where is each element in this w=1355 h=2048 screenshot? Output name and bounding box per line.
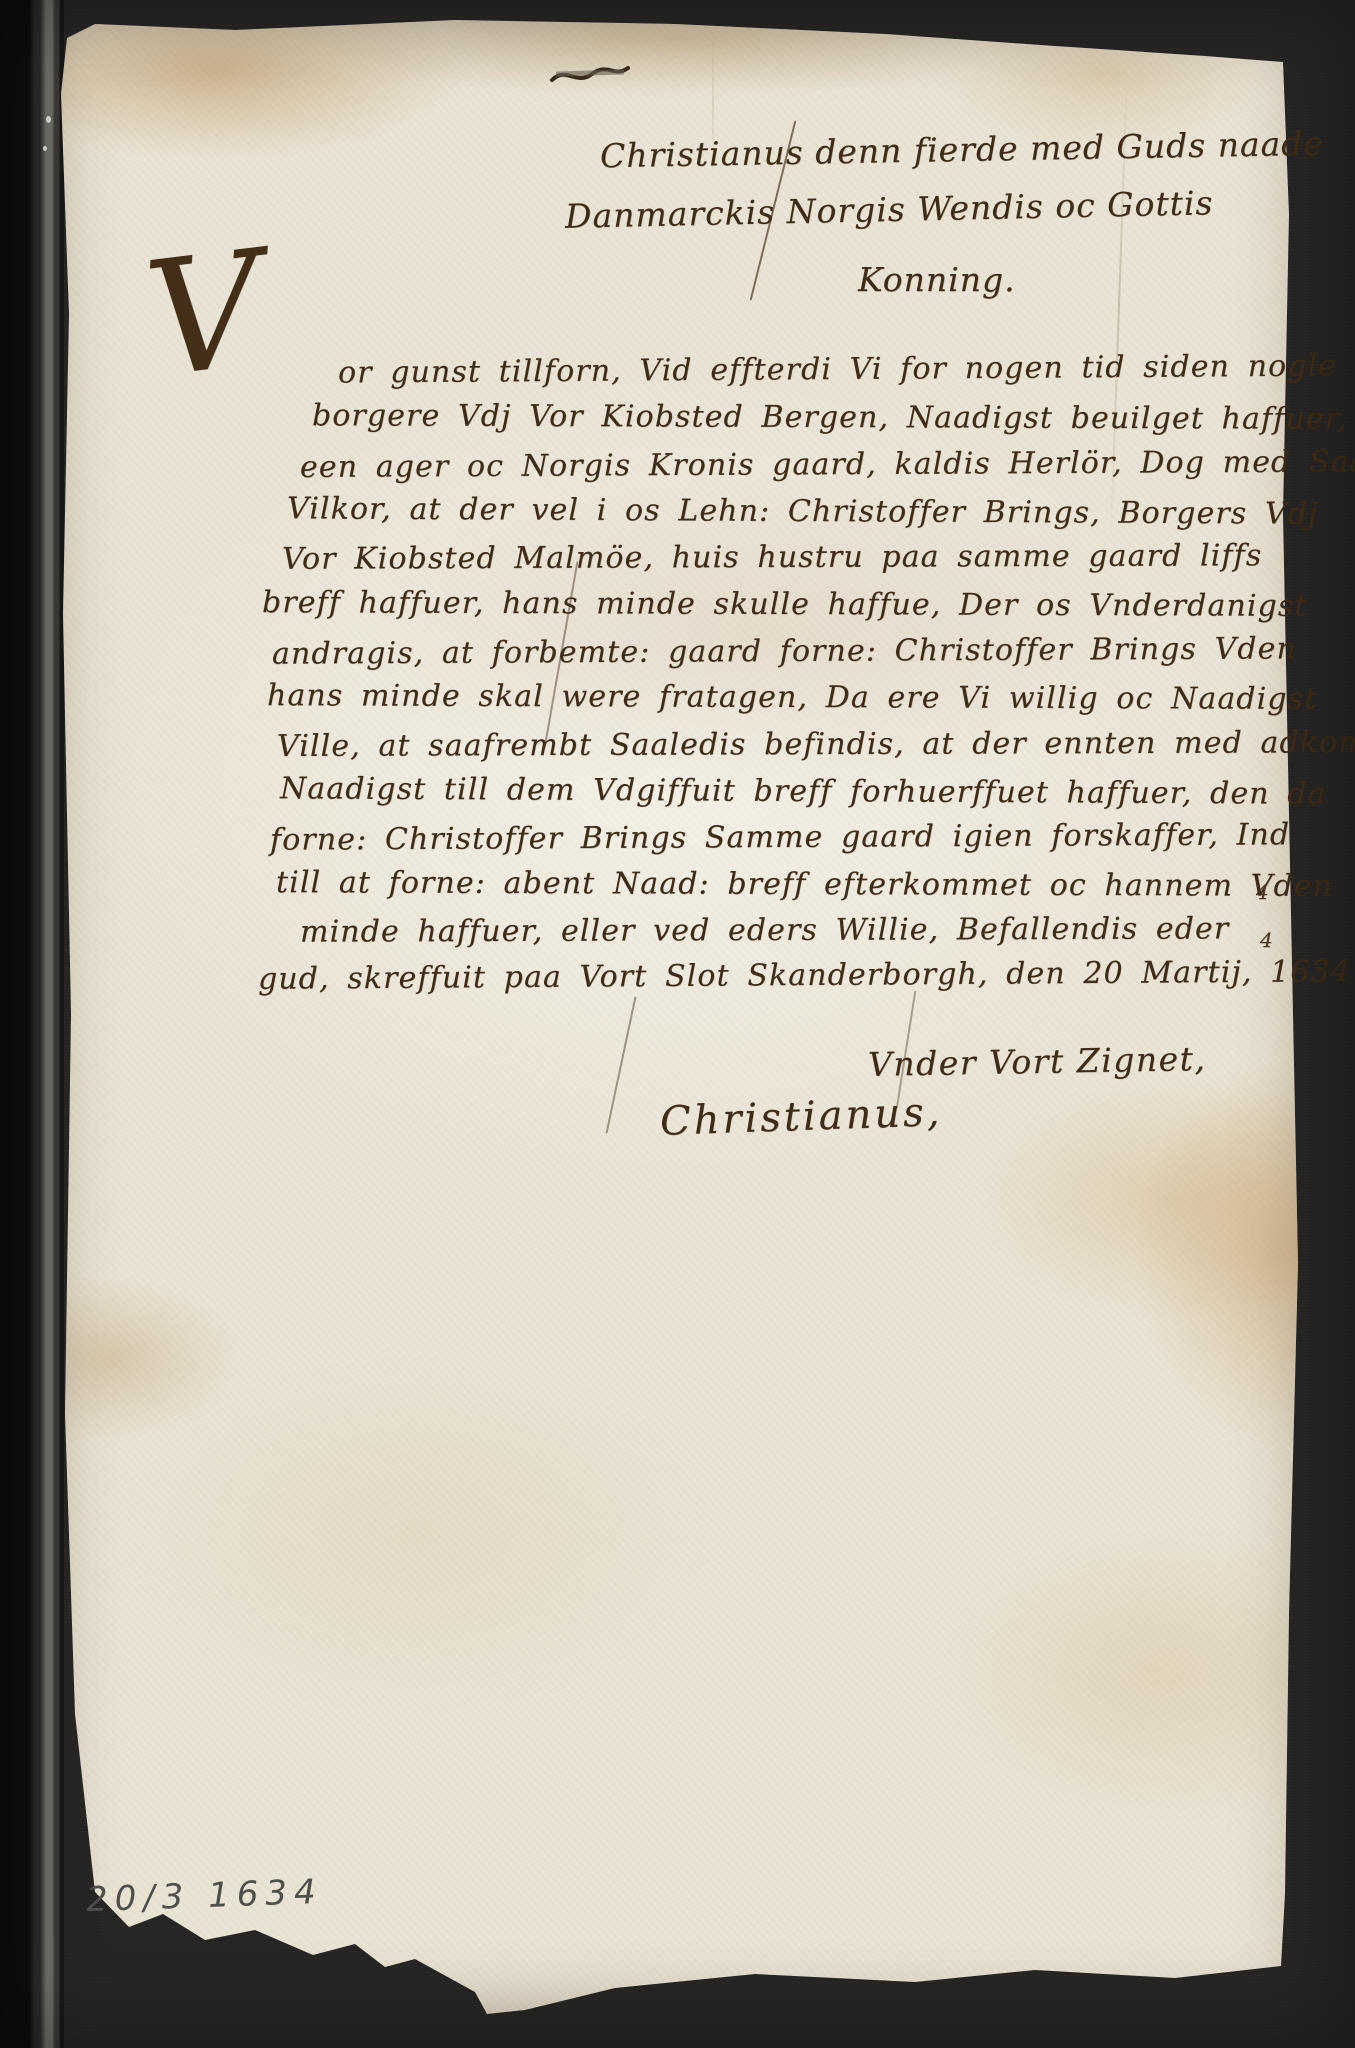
body-line: andragis, at forbemte: gaard forne: Chri… bbox=[272, 631, 1297, 671]
body-line: een ager oc Norgis Kronis gaard, kaldis … bbox=[300, 444, 1355, 485]
ink-mark bbox=[548, 56, 632, 96]
header-intitulatio-line3: Konning. bbox=[858, 260, 1016, 299]
closing-under-signet: Vnder Vort Zignet, bbox=[868, 1039, 1207, 1084]
body-line: hans minde skal were fratagen, Da ere Vi… bbox=[267, 678, 1317, 717]
book-gutter bbox=[0, 0, 64, 2048]
body-line: minde haffuer, eller ved eders Willie, B… bbox=[300, 911, 1229, 949]
body-line: Vilkor, at der vel i os Lehn: Christoffe… bbox=[287, 491, 1319, 531]
royal-signature: Christianus, bbox=[659, 1089, 943, 1145]
body-line: Naadigst till dem Vdgiffuit breff forhue… bbox=[280, 771, 1327, 811]
body-line: breff haffuer, hans minde skulle haffue,… bbox=[262, 585, 1308, 624]
dust-speck bbox=[43, 146, 47, 151]
decorated-initial: V bbox=[139, 230, 272, 401]
body-line: Vor Kiobsted Malmöe, huis hustru paa sam… bbox=[282, 538, 1262, 576]
body-line: or gunst tillforn, Vid effterdi Vi for n… bbox=[338, 349, 1337, 391]
body-line: till at forne: abent Naad: breff efterko… bbox=[276, 865, 1333, 904]
abbreviation-mark: 4 bbox=[1260, 928, 1273, 952]
dust-speck bbox=[46, 116, 51, 123]
archive-scan: Christianus denn fierde med Guds naade D… bbox=[0, 0, 1355, 2048]
body-line: Ville, at saafrembt Saaledis befindis, a… bbox=[277, 725, 1355, 764]
body-line: borgere Vdj Vor Kiobsted Bergen, Naadigs… bbox=[312, 398, 1348, 437]
abbreviation-mark: 4 bbox=[1256, 880, 1269, 904]
body-line: forne: Christoffer Brings Samme gaard ig… bbox=[270, 817, 1290, 857]
archivist-date-note: 20/3 1634 bbox=[85, 1872, 323, 1920]
